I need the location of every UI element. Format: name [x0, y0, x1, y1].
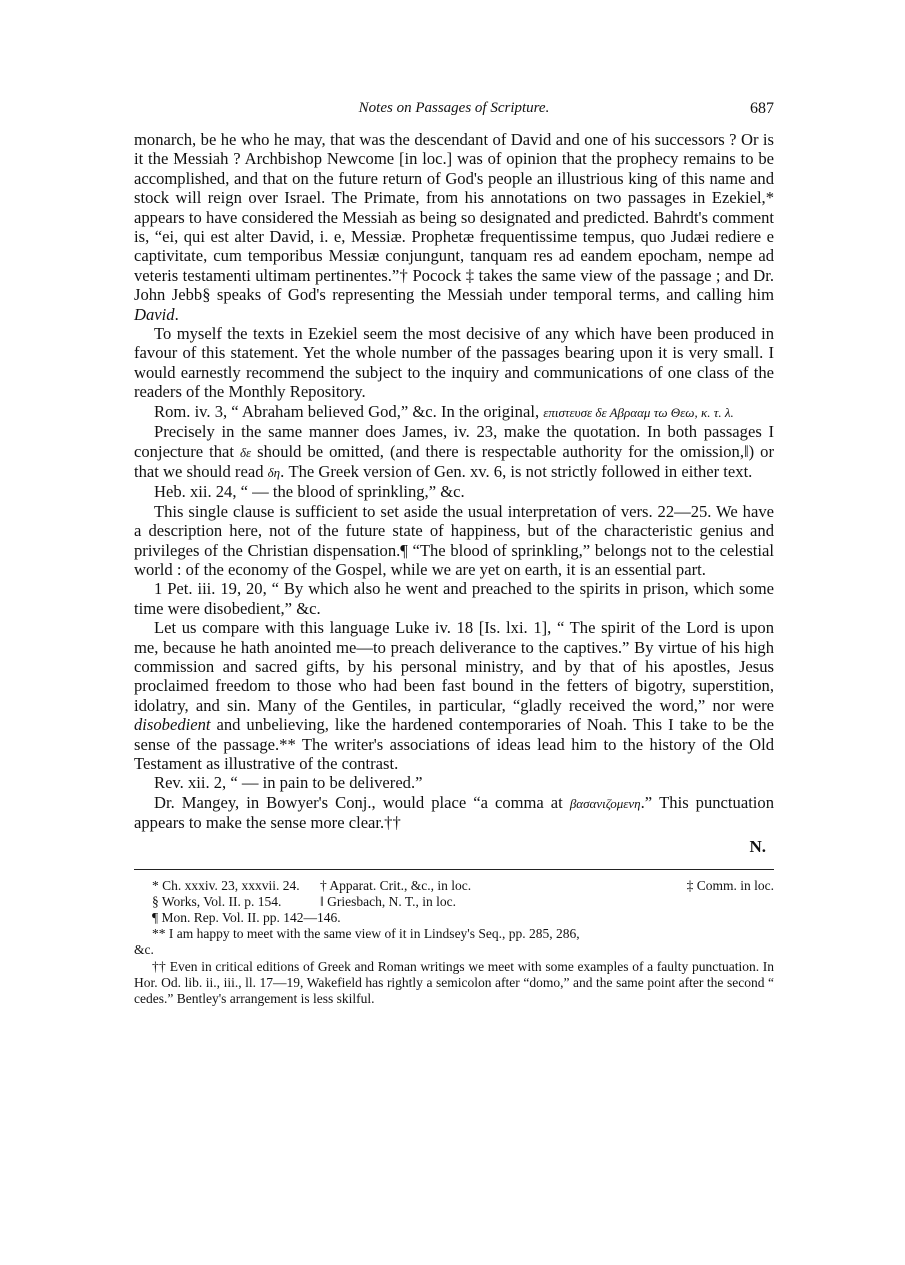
body-paragraph: Let us compare with this language Luke i… [134, 618, 774, 773]
greek-text: δη [268, 465, 281, 480]
text-run: and unbelieving, like the hardened conte… [134, 715, 774, 773]
book-page: Notes on Passages of Scripture. 687 mona… [134, 100, 774, 1007]
greek-text: βασανιζομενη [570, 796, 641, 811]
body-paragraph: Precisely in the same manner does James,… [134, 422, 774, 482]
footnote-section: § Works, Vol. II. p. 154. [134, 894, 320, 910]
footnote-star: * Ch. xxxiv. 23, xxxvii. 24. [134, 878, 320, 894]
footnote-double-star-cont: &c. [134, 942, 774, 958]
greek-text: επιστευσε δε Αβρααμ τω Θεω, κ. τ. λ. [543, 405, 734, 420]
body-paragraph: To myself the texts in Ezekiel seem the … [134, 324, 774, 402]
footnotes: * Ch. xxxiv. 23, xxxvii. 24. † Apparat. … [134, 878, 774, 1008]
footnote-row-2: § Works, Vol. II. p. 154. ‖ Griesbach, N… [134, 894, 774, 910]
running-title: Notes on Passages of Scripture. [134, 100, 774, 117]
body-paragraph: Rev. xii. 2, “ — in pain to be delivered… [134, 773, 774, 792]
body-paragraph: monarch, be he who he may, that was the … [134, 130, 774, 324]
text-run: Rom. iv. 3, “ Abraham believed God,” &c.… [154, 402, 543, 421]
footnote-dagger: † Apparat. Crit., &c., in loc. [320, 878, 580, 894]
body-paragraph: This single clause is sufficient to set … [134, 502, 774, 580]
body-text: monarch, be he who he may, that was the … [134, 130, 774, 833]
footnote-pilcrow: ¶ Mon. Rep. Vol. II. pp. 142—146. [134, 910, 774, 926]
greek-text: δε [240, 445, 251, 460]
footnote-double-star: ** I am happy to meet with the same view… [134, 926, 774, 942]
text-run: Rev. xii. 2, “ — in pain to be delivered… [154, 773, 423, 792]
italic-text: David [134, 305, 175, 324]
footnote-row-1: * Ch. xxxiv. 23, xxxvii. 24. † Apparat. … [134, 878, 774, 894]
italic-text: disobedient [134, 715, 211, 734]
page-number: 687 [750, 100, 774, 118]
body-paragraph: Rom. iv. 3, “ Abraham believed God,” &c.… [134, 402, 774, 422]
body-paragraph: Heb. xii. 24, “ — the blood of sprinklin… [134, 482, 774, 501]
text-run: monarch, be he who he may, that was the … [134, 130, 774, 304]
running-head: Notes on Passages of Scripture. 687 [134, 100, 774, 122]
text-run: Heb. xii. 24, “ — the blood of sprinklin… [154, 482, 465, 501]
text-run: 1 Pet. iii. 19, 20, “ By which also he w… [134, 579, 774, 617]
author-signature: N. [134, 837, 774, 857]
text-run: . The Greek version of Gen. xv. 6, is no… [280, 462, 752, 481]
text-run: This single clause is sufficient to set … [134, 502, 774, 579]
body-paragraph: Dr. Mangey, in Bowyer's Conj., would pla… [134, 793, 774, 833]
footnote-rule [134, 869, 774, 870]
footnote-double-dagger: ‡ Comm. in loc. [580, 878, 774, 894]
footnote-double-dagger-2: †† Even in critical editions of Greek an… [134, 959, 774, 1008]
footnote-parallel: ‖ Griesbach, N. T., in loc. [320, 894, 580, 910]
body-paragraph: 1 Pet. iii. 19, 20, “ By which also he w… [134, 579, 774, 618]
text-run: Dr. Mangey, in Bowyer's Conj., would pla… [154, 793, 570, 812]
text-run: To myself the texts in Ezekiel seem the … [134, 324, 774, 401]
text-run: . [175, 305, 179, 324]
text-run: Let us compare with this language Luke i… [134, 618, 774, 715]
